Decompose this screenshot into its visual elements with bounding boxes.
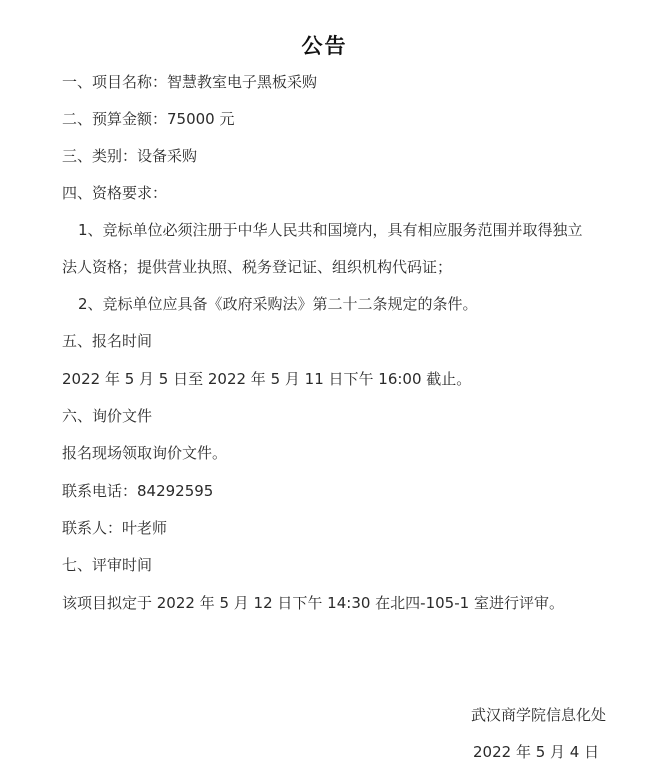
- qualification-item-1-continued: 法人资格；提供营业执照、税务登记证、组织机构代码证；: [62, 257, 452, 277]
- review-time-heading: 七、评审时间: [62, 555, 152, 575]
- qualification-heading: 四、资格要求：: [62, 183, 167, 203]
- registration-time-text: 2022 年 5 月 5 日至 2022 年 5 月 11 日下午 16:00 …: [62, 369, 471, 389]
- page-title: 公告: [0, 30, 649, 60]
- qualification-item-2: 2、竞标单位应具备《政府采购法》第二十二条规定的条件。: [78, 294, 478, 314]
- inquiry-documents-text: 报名现场领取询价文件。: [62, 443, 227, 463]
- category-line: 三、类别：设备采购: [62, 146, 197, 166]
- signature-organization: 武汉商学院信息化处: [471, 705, 606, 725]
- contact-person: 联系人：叶老师: [62, 518, 167, 538]
- contact-phone: 联系电话：84292595: [62, 481, 213, 501]
- registration-time-heading: 五、报名时间: [62, 331, 152, 351]
- qualification-item-1: 1、竞标单位必须注册于中华人民共和国境内，具有相应服务范围并取得独立: [78, 220, 583, 240]
- project-name-line: 一、项目名称：智慧教室电子黑板采购: [62, 72, 317, 92]
- budget-line: 二、预算金额：75000 元: [62, 109, 235, 129]
- signature-date: 2022 年 5 月 4 日: [473, 742, 599, 762]
- inquiry-documents-heading: 六、询价文件: [62, 406, 152, 426]
- review-time-text: 该项目拟定于 2022 年 5 月 12 日下午 14:30 在北四-105-1…: [62, 593, 564, 613]
